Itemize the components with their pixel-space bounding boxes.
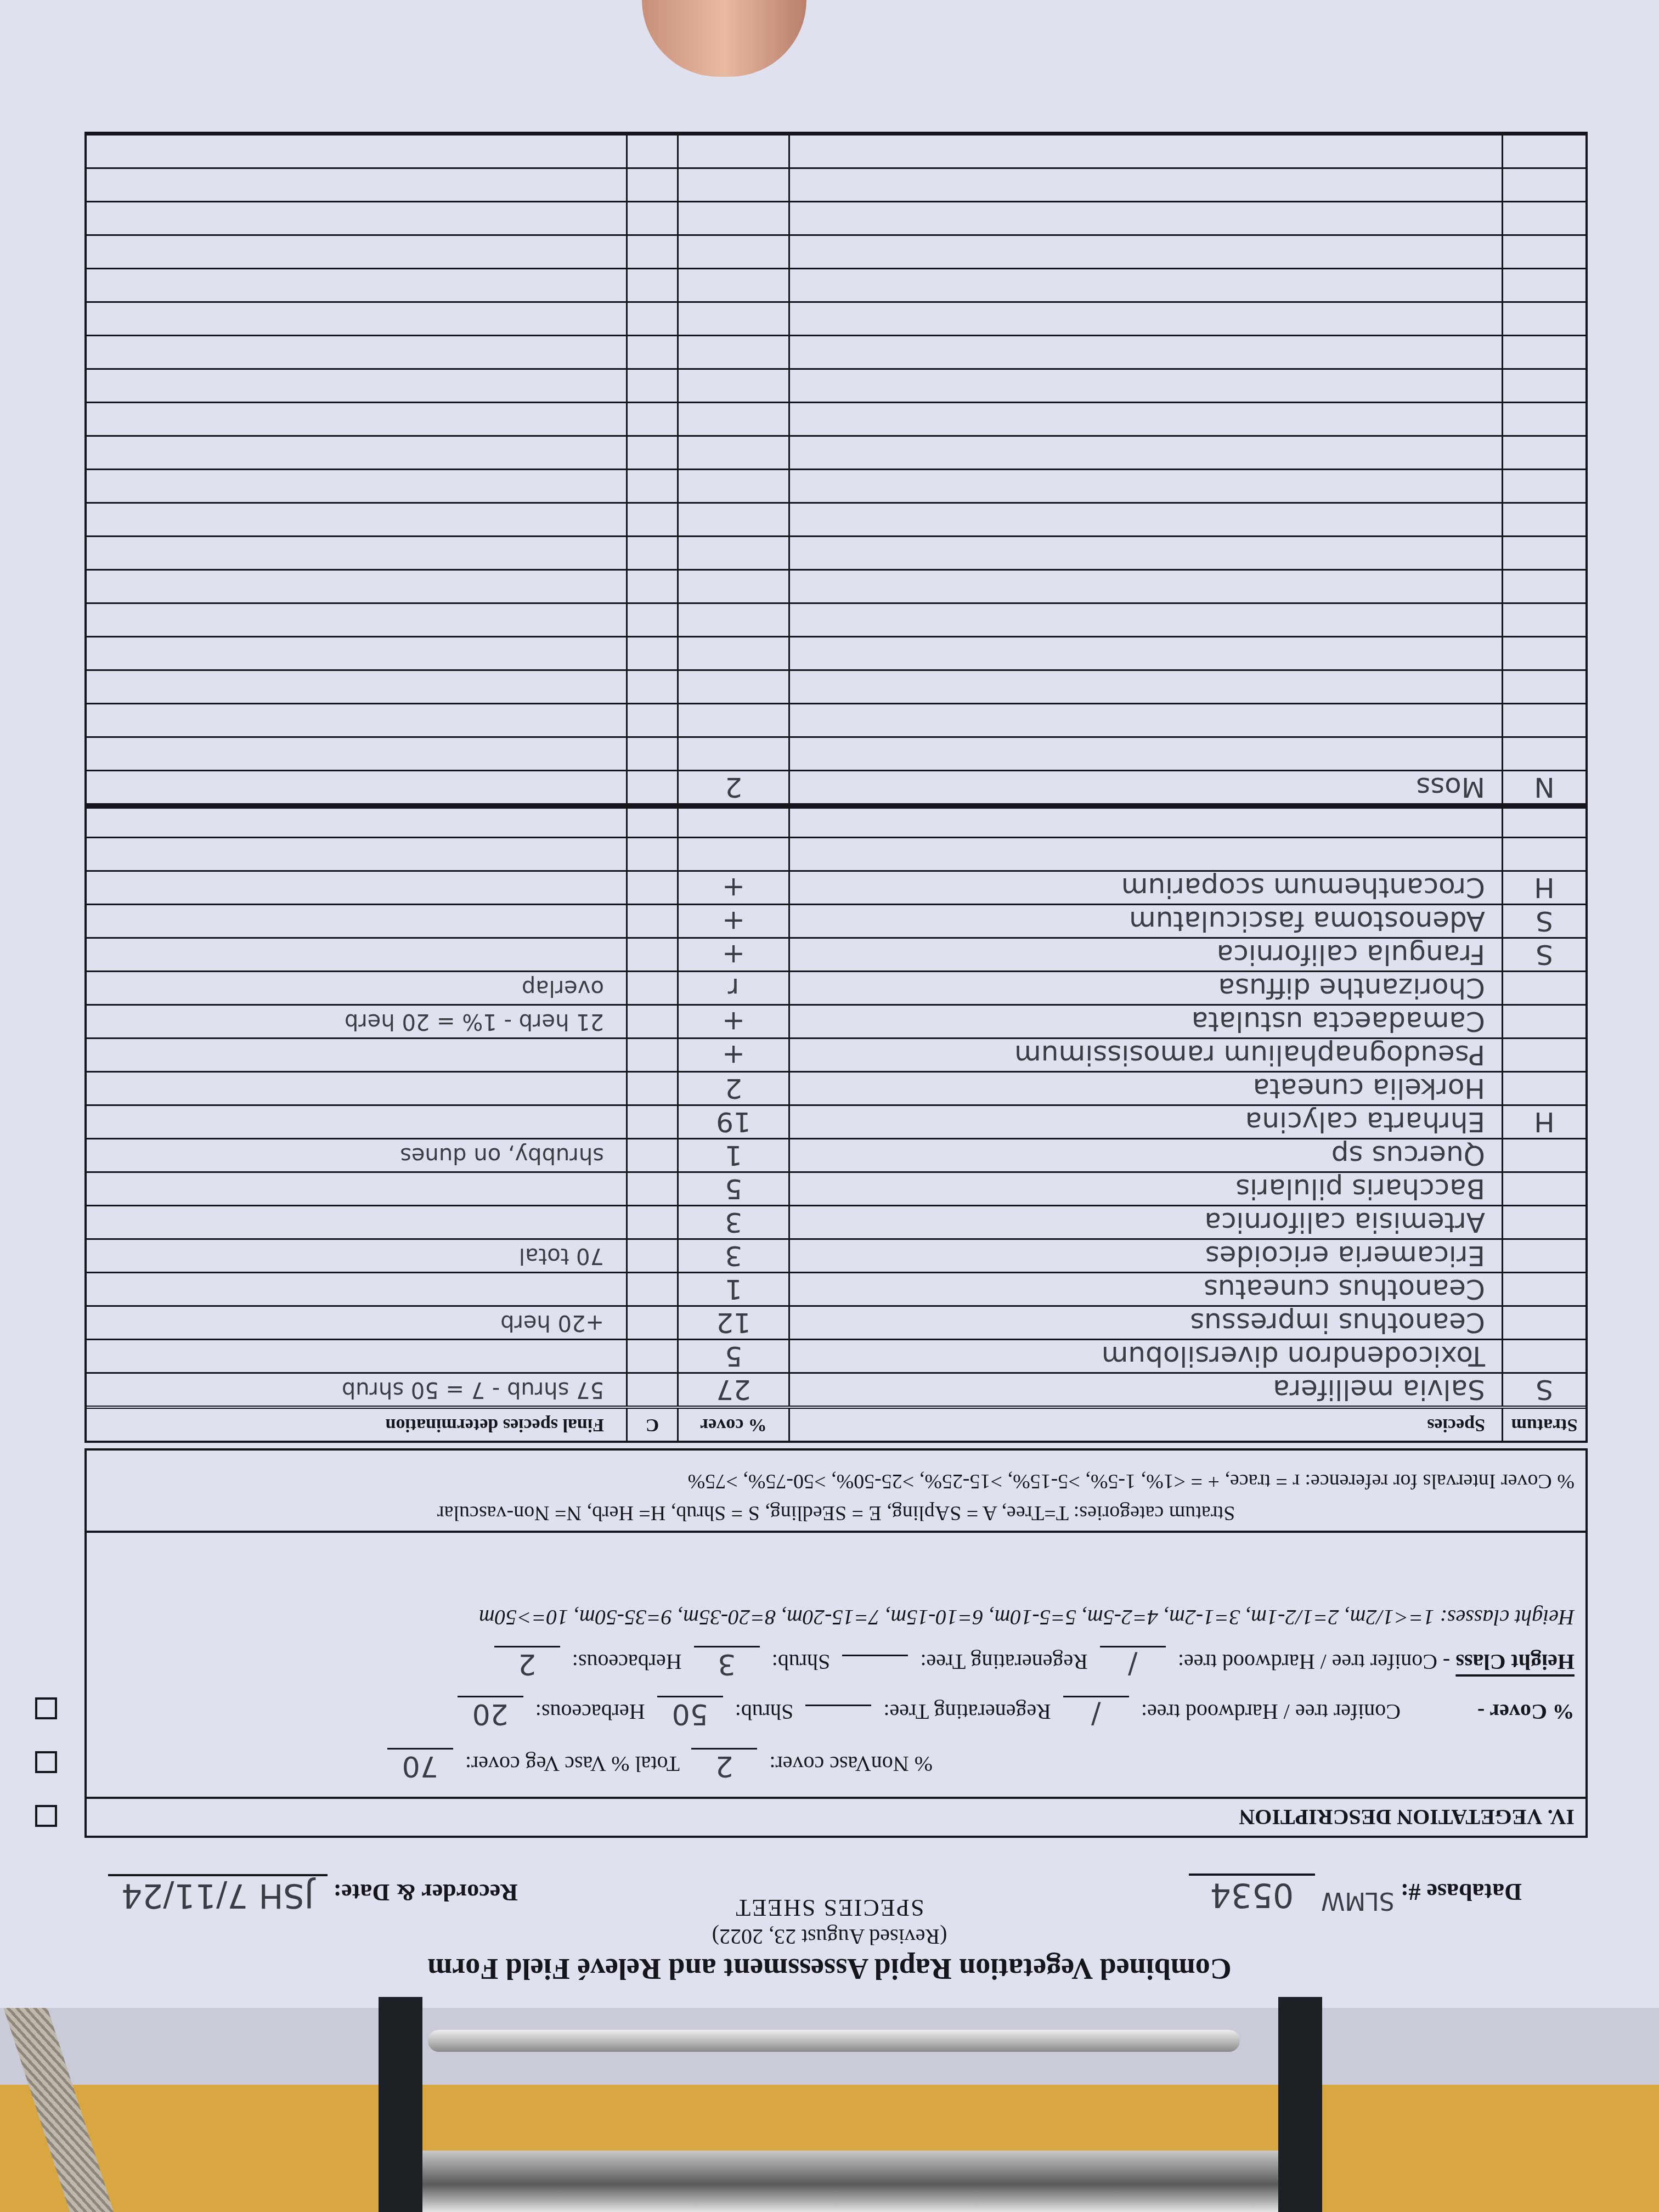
final-determination-cell[interactable]: 21 herb - 1% = 20 herb bbox=[87, 1006, 626, 1037]
empty-cell[interactable] bbox=[1502, 169, 1585, 201]
cover-cell[interactable]: + bbox=[677, 1039, 788, 1071]
cover-tree-label: Conifer tree / Hardwood tree: bbox=[1141, 1700, 1401, 1724]
empty-cell[interactable] bbox=[677, 671, 788, 703]
stratum-categories: Stratum categories: T=Tree, A = SApling,… bbox=[98, 1501, 1575, 1525]
stratum-cell[interactable] bbox=[1502, 1173, 1585, 1205]
empty-cell[interactable] bbox=[788, 403, 1502, 435]
c-cell[interactable] bbox=[626, 1006, 677, 1037]
empty-cell[interactable] bbox=[626, 202, 677, 234]
empty-cell[interactable] bbox=[788, 537, 1502, 569]
cover-label: % Cover - bbox=[1477, 1700, 1575, 1724]
cover-cell[interactable]: r bbox=[677, 972, 788, 1004]
species-text: Salvia mellifera bbox=[1273, 1374, 1485, 1406]
species-cell[interactable]: Crocanthemum scoparium bbox=[788, 872, 1502, 904]
c-cell[interactable] bbox=[626, 939, 677, 970]
final-determination-cell[interactable] bbox=[87, 771, 626, 803]
cover-cell[interactable]: 12 bbox=[677, 1307, 788, 1339]
empty-cell[interactable] bbox=[87, 269, 626, 301]
empty-cell[interactable] bbox=[788, 637, 1502, 669]
cover-line: % Cover - Conifer tree / Hardwood tree: … bbox=[87, 1692, 1585, 1734]
stratum-cell[interactable] bbox=[1502, 1340, 1585, 1372]
empty-cell[interactable] bbox=[1502, 403, 1585, 435]
recorder-value[interactable]: JSH 7/11/24 bbox=[108, 1874, 328, 1915]
cover-cell[interactable]: 2 bbox=[677, 1073, 788, 1104]
empty-cell[interactable] bbox=[87, 136, 626, 167]
final-determination-text: shrubby, on dunes bbox=[400, 1143, 604, 1168]
header-stratum: Stratum bbox=[1502, 1409, 1585, 1441]
empty-cell[interactable] bbox=[87, 202, 626, 234]
c-cell[interactable] bbox=[626, 1039, 677, 1071]
final-determination-cell[interactable] bbox=[87, 838, 626, 870]
final-determination-cell[interactable] bbox=[87, 872, 626, 904]
c-cell[interactable] bbox=[626, 972, 677, 1004]
species-cell[interactable]: Adenostoma fasciculatum bbox=[788, 905, 1502, 937]
cover-herb-value[interactable]: 20 bbox=[458, 1696, 523, 1730]
table-row: Pseudognaphalium ramosissimum+ bbox=[87, 1037, 1585, 1071]
height-regen-value[interactable] bbox=[842, 1655, 908, 1656]
header-final-determination: Final species determination bbox=[87, 1409, 626, 1441]
empty-cell[interactable] bbox=[87, 169, 626, 201]
database-value[interactable]: 0534 bbox=[1189, 1874, 1315, 1914]
c-cell[interactable] bbox=[626, 1206, 677, 1238]
empty-cell[interactable] bbox=[788, 504, 1502, 535]
empty-cell[interactable] bbox=[677, 370, 788, 402]
empty-cell[interactable] bbox=[677, 637, 788, 669]
table-row-empty bbox=[87, 435, 1585, 469]
empty-cell[interactable] bbox=[626, 571, 677, 602]
empty-cell[interactable] bbox=[626, 637, 677, 669]
cover-cell[interactable]: 3 bbox=[677, 1206, 788, 1238]
empty-cell[interactable] bbox=[1502, 202, 1585, 234]
final-determination-text: +20 herb bbox=[500, 1310, 604, 1335]
species-cell[interactable] bbox=[788, 809, 1502, 837]
stratum-cell[interactable] bbox=[1502, 1307, 1585, 1339]
empty-cell[interactable] bbox=[87, 236, 626, 268]
species-text: Baccharis pilularis bbox=[1235, 1173, 1485, 1205]
table-row-empty bbox=[87, 201, 1585, 234]
empty-cell[interactable] bbox=[677, 269, 788, 301]
empty-cell[interactable] bbox=[677, 136, 788, 167]
stratum-text: N bbox=[1534, 771, 1554, 803]
final-determination-cell[interactable] bbox=[87, 1273, 626, 1305]
table-row: HCrocanthemum scoparium+ bbox=[87, 870, 1585, 904]
cover-intervals: % Cover Intervals for reference: r = tra… bbox=[98, 1469, 1575, 1493]
species-cell[interactable]: Quercus sp bbox=[788, 1139, 1502, 1171]
empty-cell[interactable] bbox=[87, 537, 626, 569]
species-cell[interactable]: Frangula californica bbox=[788, 939, 1502, 970]
species-text: Chorizanthe diffusa bbox=[1218, 972, 1485, 1004]
empty-cell[interactable] bbox=[626, 136, 677, 167]
table-row: Baccharis pilularis5 bbox=[87, 1171, 1585, 1205]
empty-cell[interactable] bbox=[87, 637, 626, 669]
empty-cell[interactable] bbox=[788, 370, 1502, 402]
empty-cell[interactable] bbox=[1502, 571, 1585, 602]
height-tree-label: - Conifer tree / Hardwood tree: bbox=[1178, 1650, 1450, 1674]
c-cell[interactable] bbox=[626, 1374, 677, 1406]
empty-cell[interactable] bbox=[677, 169, 788, 201]
table-row bbox=[87, 803, 1585, 837]
cover-cell[interactable]: 5 bbox=[677, 1173, 788, 1205]
table-row-empty bbox=[87, 602, 1585, 636]
table-row: HEhrharta calycina19 bbox=[87, 1104, 1585, 1138]
species-cell[interactable]: Camadaecta ustulata bbox=[788, 1006, 1502, 1037]
table-row bbox=[87, 837, 1585, 870]
table-row-empty bbox=[87, 234, 1585, 268]
final-determination-cell[interactable] bbox=[87, 939, 626, 970]
final-determination-cell[interactable] bbox=[87, 809, 626, 837]
final-determination-cell[interactable]: overlap bbox=[87, 972, 626, 1004]
table-header: Stratum Species % cover C Final species … bbox=[87, 1406, 1585, 1441]
cover-text: 2 bbox=[725, 771, 742, 803]
height-line: Height Class - Conifer tree / Hardwood t… bbox=[87, 1643, 1585, 1684]
species-cell[interactable]: Baccharis pilularis bbox=[788, 1173, 1502, 1205]
cover-cell[interactable] bbox=[677, 838, 788, 870]
cover-text: 1 bbox=[725, 1273, 742, 1305]
height-shrub-value[interactable]: 3 bbox=[694, 1646, 760, 1680]
cover-cell[interactable]: 3 bbox=[677, 1240, 788, 1272]
empty-cell[interactable] bbox=[87, 571, 626, 602]
table-row-empty bbox=[87, 268, 1585, 301]
empty-cell[interactable] bbox=[626, 604, 677, 636]
final-determination-cell[interactable] bbox=[87, 1039, 626, 1071]
field-form-sheet-rotated: Combined Vegetation Rapid Assessment and… bbox=[0, 0, 1659, 2008]
species-cell[interactable]: Ceanothus impressus bbox=[788, 1307, 1502, 1339]
empty-cell[interactable] bbox=[788, 704, 1502, 736]
table-row: Ceanothus cuneatus1 bbox=[87, 1272, 1585, 1305]
empty-cell[interactable] bbox=[788, 470, 1502, 502]
table-row: Ericameria ericoides370 total bbox=[87, 1238, 1585, 1272]
empty-cell[interactable] bbox=[677, 336, 788, 368]
empty-cell[interactable] bbox=[788, 336, 1502, 368]
final-determination-text: 70 total bbox=[519, 1243, 604, 1268]
form-revision: (Revised August 23, 2022) bbox=[0, 1924, 1659, 1950]
section-title: IV. VEGETATION DESCRIPTION bbox=[87, 1797, 1585, 1836]
empty-cell[interactable] bbox=[626, 437, 677, 469]
empty-cell[interactable] bbox=[677, 202, 788, 234]
cover-text: + bbox=[722, 1006, 745, 1037]
species-text: Adenostoma fasciculatum bbox=[1129, 905, 1485, 937]
empty-cell[interactable] bbox=[87, 671, 626, 703]
empty-cell[interactable] bbox=[626, 303, 677, 335]
empty-cell[interactable] bbox=[677, 403, 788, 435]
empty-cell[interactable] bbox=[87, 470, 626, 502]
database-label: Database #: bbox=[1401, 1878, 1522, 1905]
species-text: Ceanothus impressus bbox=[1190, 1307, 1485, 1339]
stratum-cell[interactable]: H bbox=[1502, 1106, 1585, 1138]
height-label: Height Class bbox=[1455, 1650, 1575, 1674]
stratum-cell[interactable] bbox=[1502, 809, 1585, 837]
species-cell[interactable]: Pseudognaphalium ramosissimum bbox=[788, 1039, 1502, 1071]
empty-cell[interactable] bbox=[788, 437, 1502, 469]
species-text: Ehrharta calycina bbox=[1245, 1106, 1485, 1138]
empty-cell[interactable] bbox=[788, 571, 1502, 602]
empty-cell[interactable] bbox=[626, 169, 677, 201]
total-vasc-value[interactable]: 70 bbox=[387, 1748, 453, 1782]
cover-cell[interactable]: + bbox=[677, 905, 788, 937]
cover-text: 5 bbox=[725, 1340, 742, 1372]
table-row-empty bbox=[87, 402, 1585, 435]
empty-cell[interactable] bbox=[677, 470, 788, 502]
final-determination-text: 57 shrub - 7 = 50 shrub bbox=[342, 1377, 604, 1402]
table-row: Artemisia californica3 bbox=[87, 1205, 1585, 1238]
cover-text: 5 bbox=[725, 1173, 742, 1205]
empty-cell[interactable] bbox=[87, 504, 626, 535]
cover-shrub-label: Shrub: bbox=[735, 1700, 794, 1724]
table-row: Camadaecta ustulata+21 herb - 1% = 20 he… bbox=[87, 1004, 1585, 1037]
species-cell[interactable]: Horkelia cuneata bbox=[788, 1073, 1502, 1104]
height-classes: Height classes: 1=<1/2m, 2=1/2-1m, 3=1-2… bbox=[87, 1601, 1585, 1634]
database-prefix: SLMW bbox=[1321, 1887, 1395, 1915]
c-cell[interactable] bbox=[626, 1106, 677, 1138]
table-row: Quercus sp1shrubby, on dunes bbox=[87, 1138, 1585, 1171]
checkbox[interactable] bbox=[35, 1805, 57, 1827]
species-text: Ceanothus cuneatus bbox=[1204, 1273, 1485, 1305]
stratum-cell[interactable] bbox=[1502, 738, 1585, 770]
empty-cell[interactable] bbox=[788, 169, 1502, 201]
empty-cell[interactable] bbox=[87, 437, 626, 469]
table-row-empty bbox=[87, 301, 1585, 335]
checkbox[interactable] bbox=[35, 1751, 57, 1773]
stratum-cell[interactable]: S bbox=[1502, 905, 1585, 937]
empty-cell[interactable] bbox=[788, 269, 1502, 301]
empty-cell[interactable] bbox=[626, 470, 677, 502]
species-cell[interactable]: Ericameria ericoides bbox=[788, 1240, 1502, 1272]
empty-cell[interactable] bbox=[677, 704, 788, 736]
c-cell[interactable] bbox=[626, 771, 677, 803]
c-cell[interactable] bbox=[626, 838, 677, 870]
cover-text: 27 bbox=[716, 1374, 751, 1406]
database-field[interactable]: Database #: SLMW 0534 bbox=[1189, 1874, 1522, 1915]
nonvasc-value[interactable]: 2 bbox=[691, 1748, 757, 1782]
c-cell[interactable] bbox=[626, 1139, 677, 1171]
header-cover: % cover bbox=[677, 1409, 788, 1441]
final-determination-cell[interactable] bbox=[87, 1073, 626, 1104]
empty-cell[interactable] bbox=[87, 704, 626, 736]
cover-cell[interactable]: + bbox=[677, 872, 788, 904]
empty-cell[interactable] bbox=[788, 604, 1502, 636]
empty-cell[interactable] bbox=[626, 537, 677, 569]
species-cell[interactable]: Salvia mellifera bbox=[788, 1374, 1502, 1406]
table-row: Chorizanthe diffusaroverlap bbox=[87, 970, 1585, 1004]
empty-cell[interactable] bbox=[1502, 704, 1585, 736]
stratum-cell[interactable]: N bbox=[1502, 771, 1585, 803]
c-cell[interactable] bbox=[626, 809, 677, 837]
cover-cell[interactable]: + bbox=[677, 1006, 788, 1037]
height-regen-label: Regenerating Tree: bbox=[920, 1650, 1088, 1674]
empty-cell[interactable] bbox=[1502, 671, 1585, 703]
empty-cell[interactable] bbox=[1502, 136, 1585, 167]
c-cell[interactable] bbox=[626, 905, 677, 937]
total-vasc-label: Total % Vasc Veg cover: bbox=[465, 1752, 680, 1776]
cover-text: 12 bbox=[716, 1307, 751, 1339]
table-row: Horkelia cuneata2 bbox=[87, 1071, 1585, 1104]
cover-text: 3 bbox=[725, 1206, 742, 1238]
height-tree-value[interactable]: / bbox=[1100, 1646, 1166, 1680]
recorder-label: Recorder & Date: bbox=[334, 1879, 518, 1906]
empty-cell[interactable] bbox=[626, 269, 677, 301]
stratum-cell[interactable] bbox=[1502, 838, 1585, 870]
header-species: Species bbox=[788, 1409, 1502, 1441]
c-cell[interactable] bbox=[626, 1307, 677, 1339]
empty-cell[interactable] bbox=[677, 504, 788, 535]
height-herb-label: Herbaceous: bbox=[572, 1650, 682, 1674]
empty-cell[interactable] bbox=[788, 136, 1502, 167]
species-cell[interactable]: Toxicodendron diversilobum bbox=[788, 1340, 1502, 1372]
nonvasc-label: % NonVasc cover: bbox=[769, 1752, 933, 1776]
empty-cell[interactable] bbox=[677, 303, 788, 335]
species-text: Horkelia cuneata bbox=[1252, 1073, 1485, 1104]
species-text: Moss bbox=[1416, 771, 1485, 803]
empty-cell[interactable] bbox=[788, 236, 1502, 268]
stratum-cell[interactable]: S bbox=[1502, 1374, 1585, 1406]
cover-cell[interactable]: 19 bbox=[677, 1106, 788, 1138]
final-determination-cell[interactable]: +20 herb bbox=[87, 1307, 626, 1339]
empty-cell[interactable] bbox=[626, 336, 677, 368]
final-determination-cell[interactable] bbox=[87, 1106, 626, 1138]
cover-regen-value[interactable] bbox=[805, 1705, 871, 1706]
stratum-cell[interactable] bbox=[1502, 1240, 1585, 1272]
empty-cell[interactable] bbox=[788, 671, 1502, 703]
final-determination-text: 21 herb - 1% = 20 herb bbox=[345, 1009, 604, 1034]
empty-cell[interactable] bbox=[1502, 537, 1585, 569]
side-checkboxes bbox=[35, 1666, 57, 1827]
c-cell[interactable] bbox=[626, 1073, 677, 1104]
table-row-empty bbox=[87, 134, 1585, 167]
final-determination-cell[interactable] bbox=[87, 1173, 626, 1205]
c-cell[interactable] bbox=[626, 1273, 677, 1305]
stratum-text: H bbox=[1534, 872, 1555, 904]
cover-cell[interactable]: 5 bbox=[677, 1340, 788, 1372]
empty-cell[interactable] bbox=[1502, 269, 1585, 301]
empty-cell[interactable] bbox=[1502, 370, 1585, 402]
stratum-text: H bbox=[1534, 1106, 1555, 1138]
empty-cell[interactable] bbox=[1502, 604, 1585, 636]
empty-cell[interactable] bbox=[1502, 437, 1585, 469]
table-row: SFrangula californica+ bbox=[87, 937, 1585, 970]
stratum-cell[interactable] bbox=[1502, 972, 1585, 1004]
c-cell[interactable] bbox=[626, 1173, 677, 1205]
cover-text: r bbox=[728, 972, 740, 1004]
table-row-empty bbox=[87, 335, 1585, 368]
table-row-empty bbox=[87, 167, 1585, 201]
empty-cell[interactable] bbox=[677, 537, 788, 569]
species-cell[interactable] bbox=[788, 738, 1502, 770]
empty-cell[interactable] bbox=[1502, 336, 1585, 368]
height-herb-value[interactable]: 2 bbox=[494, 1646, 560, 1680]
empty-cell[interactable] bbox=[788, 303, 1502, 335]
species-cell[interactable]: Artemisia californica bbox=[788, 1206, 1502, 1238]
final-determination-cell[interactable]: 57 shrub - 7 = 50 shrub bbox=[87, 1374, 626, 1406]
stratum-cell[interactable] bbox=[1502, 1039, 1585, 1071]
empty-cell[interactable] bbox=[626, 671, 677, 703]
table-row-empty bbox=[87, 535, 1585, 569]
cover-text: 1 bbox=[725, 1139, 742, 1171]
empty-cell[interactable] bbox=[1502, 303, 1585, 335]
species-cell[interactable]: Ehrharta calycina bbox=[788, 1106, 1502, 1138]
recorder-field[interactable]: Recorder & Date: JSH 7/11/24 bbox=[108, 1874, 518, 1915]
stratum-cell[interactable]: H bbox=[1502, 872, 1585, 904]
species-cell[interactable]: Ceanothus cuneatus bbox=[788, 1273, 1502, 1305]
stratum-cell[interactable] bbox=[1502, 1273, 1585, 1305]
clip-wire bbox=[428, 2030, 1240, 2052]
species-text: Pseudognaphalium ramosissimum bbox=[1014, 1039, 1485, 1071]
final-determination-cell[interactable] bbox=[87, 1340, 626, 1372]
checkbox[interactable] bbox=[35, 1697, 57, 1719]
cover-cell[interactable]: 27 bbox=[677, 1374, 788, 1406]
stratum-cell[interactable] bbox=[1502, 1073, 1585, 1104]
empty-cell[interactable] bbox=[87, 303, 626, 335]
empty-cell[interactable] bbox=[677, 571, 788, 602]
final-determination-cell[interactable]: shrubby, on dunes bbox=[87, 1139, 626, 1171]
empty-cell[interactable] bbox=[626, 704, 677, 736]
cover-cell[interactable]: 1 bbox=[677, 1273, 788, 1305]
empty-cell[interactable] bbox=[87, 336, 626, 368]
cover-cell[interactable] bbox=[677, 738, 788, 770]
height-shrub-label: Shrub: bbox=[772, 1650, 831, 1674]
species-table: Stratum Species % cover C Final species … bbox=[84, 132, 1588, 1443]
stratum-cell[interactable] bbox=[1502, 1139, 1585, 1171]
empty-cell[interactable] bbox=[87, 403, 626, 435]
cover-text: 2 bbox=[725, 1073, 742, 1104]
empty-cell[interactable] bbox=[626, 236, 677, 268]
final-determination-cell[interactable]: 70 total bbox=[87, 1240, 626, 1272]
empty-cell[interactable] bbox=[626, 403, 677, 435]
empty-cell[interactable] bbox=[1502, 504, 1585, 535]
stratum-cell[interactable] bbox=[1502, 1006, 1585, 1037]
table-row-empty bbox=[87, 669, 1585, 703]
cover-cell[interactable]: 1 bbox=[677, 1139, 788, 1171]
c-cell[interactable] bbox=[626, 1240, 677, 1272]
stratum-cell[interactable]: S bbox=[1502, 939, 1585, 970]
cover-shrub-value[interactable]: 50 bbox=[657, 1696, 723, 1730]
final-determination-cell[interactable] bbox=[87, 905, 626, 937]
species-text: Crocanthemum scoparium bbox=[1121, 872, 1485, 904]
empty-cell[interactable] bbox=[87, 370, 626, 402]
final-determination-text: overlap bbox=[522, 975, 604, 1001]
final-determination-cell[interactable] bbox=[87, 1206, 626, 1238]
table-row-empty bbox=[87, 636, 1585, 669]
cover-tree-value[interactable]: / bbox=[1063, 1696, 1129, 1730]
empty-cell[interactable] bbox=[1502, 236, 1585, 268]
c-cell[interactable] bbox=[626, 1340, 677, 1372]
c-cell[interactable] bbox=[626, 872, 677, 904]
species-text: Camadaecta ustulata bbox=[1192, 1006, 1485, 1037]
species-cell[interactable]: Moss bbox=[788, 771, 1502, 803]
stratum-text: S bbox=[1536, 939, 1553, 970]
empty-cell[interactable] bbox=[788, 202, 1502, 234]
empty-cell[interactable] bbox=[87, 604, 626, 636]
stratum-cell[interactable] bbox=[1502, 1206, 1585, 1238]
cover-cell[interactable]: + bbox=[677, 939, 788, 970]
cover-text: 3 bbox=[725, 1240, 742, 1272]
species-text: Ericameria ericoides bbox=[1205, 1240, 1485, 1272]
cover-cell[interactable]: 2 bbox=[677, 771, 788, 803]
species-cell[interactable] bbox=[788, 838, 1502, 870]
empty-cell[interactable] bbox=[1502, 470, 1585, 502]
empty-cell[interactable] bbox=[677, 604, 788, 636]
table-row-empty bbox=[87, 469, 1585, 502]
c-cell[interactable] bbox=[626, 738, 677, 770]
empty-cell[interactable] bbox=[626, 370, 677, 402]
cover-cell[interactable] bbox=[677, 809, 788, 837]
empty-cell[interactable] bbox=[677, 437, 788, 469]
species-cell[interactable]: Chorizanthe diffusa bbox=[788, 972, 1502, 1004]
empty-cell[interactable] bbox=[677, 236, 788, 268]
empty-cell[interactable] bbox=[626, 504, 677, 535]
empty-cell[interactable] bbox=[1502, 637, 1585, 669]
final-determination-cell[interactable] bbox=[87, 738, 626, 770]
cover-text: + bbox=[722, 872, 745, 904]
